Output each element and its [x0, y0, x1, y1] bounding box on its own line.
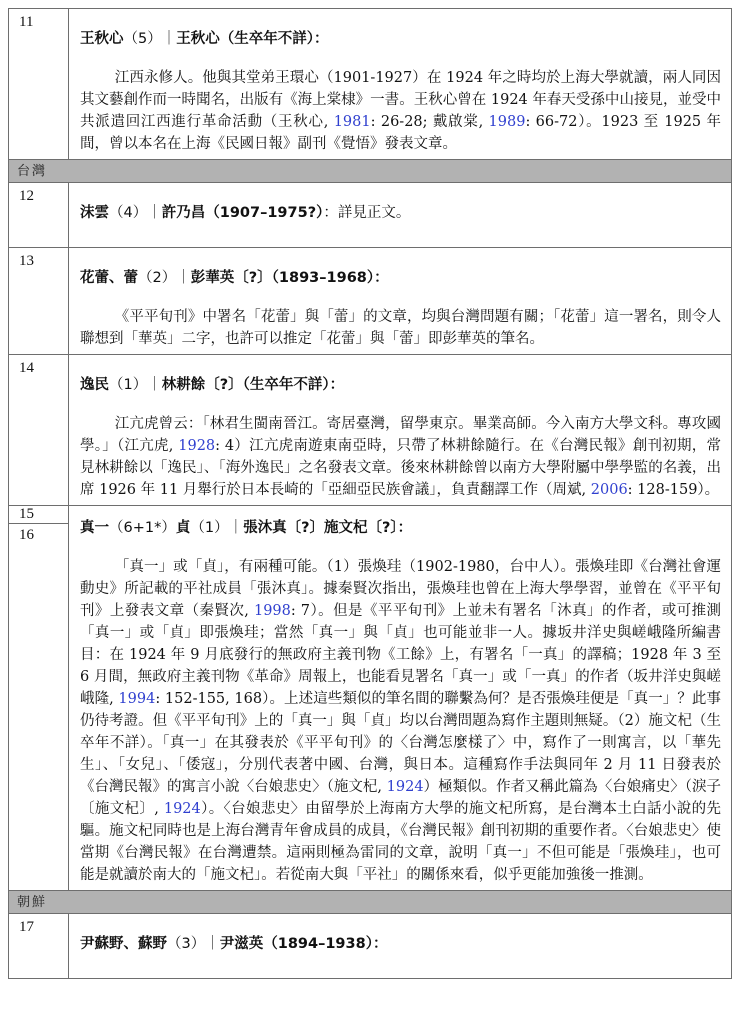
life-dates: ：	[398, 520, 413, 536]
usage-count: （6+1*）	[109, 520, 176, 536]
citation-link[interactable]: 1924	[387, 779, 424, 795]
real-name: 王秋心	[176, 31, 220, 47]
table-row-11: 11 王秋心（5）｜王秋心（生卒年不詳）： 江西永修人。他與其堂弟王環心（190…	[9, 9, 732, 160]
entry-content: 真一（6+1*）貞（1）｜張沐真〔?〕施文杞〔?〕： 「真一」或「貞」，有兩種可…	[69, 506, 732, 891]
usage-count: （4）	[109, 205, 147, 221]
real-name: 許乃昌	[162, 205, 206, 221]
citation-link[interactable]: 2006	[591, 482, 628, 498]
row-number: 13	[9, 248, 69, 355]
row-number: 15	[9, 506, 69, 524]
real-name: 彭華英〔?〕	[191, 270, 272, 286]
entry-heading: 尹蘇野、蘇野（3）｜尹滋英（1894–1938）：	[80, 934, 721, 954]
entry-description: 江亢虎曾云：「林君生閩南晉江。寄居臺灣，留學東京。畢業高師。今入南方大學文科。專…	[80, 413, 721, 501]
entry-detail: ：詳見正文。	[323, 205, 410, 221]
citation-link[interactable]: 1989	[489, 114, 526, 130]
spacer	[80, 223, 721, 243]
citation-link[interactable]: 1998	[254, 603, 291, 619]
entry-content: 尹蘇野、蘇野（3）｜尹滋英（1894–1938）：	[69, 914, 732, 979]
entry-content: 沫雲（4）｜許乃昌（1907–1975?）：詳見正文。	[69, 183, 732, 248]
separator: ｜	[147, 205, 162, 221]
usage-count: （5）	[124, 31, 162, 47]
entry-heading: 王秋心（5）｜王秋心（生卒年不詳）：	[80, 29, 721, 49]
entry-description: 《平平旬刊》中署名「花蕾」與「蕾」的文章，均與台灣問題有關；「花蕾」這一署名，則…	[80, 306, 721, 350]
table-row-17: 17 尹蘇野、蘇野（3）｜尹滋英（1894–1938）：	[9, 914, 732, 979]
entry-heading: 花蕾、蕾（2）｜彭華英〔?〕（1893–1968）：	[80, 268, 721, 288]
text: : 128-159）。	[628, 482, 720, 498]
table-row-15: 15 真一（6+1*）貞（1）｜張沐真〔?〕施文杞〔?〕： 「真一」或「貞」，有…	[9, 506, 732, 524]
citation-link[interactable]: 1981	[334, 114, 371, 130]
entry-content: 逸民（1）｜林耕餘〔?〕（生卒年不詳）： 江亢虎曾云：「林君生閩南晉江。寄居臺灣…	[69, 355, 732, 506]
usage-count: （1）	[109, 377, 147, 393]
pen-name: 沫雲	[80, 205, 109, 221]
row-number: 16	[9, 524, 69, 891]
section-label: 台灣	[9, 160, 732, 183]
real-name: 林耕餘〔?〕	[162, 377, 243, 393]
citation-link[interactable]: 1994	[118, 691, 155, 707]
entry-content: 王秋心（5）｜王秋心（生卒年不詳）： 江西永修人。他與其堂弟王環心（1901-1…	[69, 9, 732, 160]
entry-content: 花蕾、蕾（2）｜彭華英〔?〕（1893–1968）： 《平平旬刊》中署名「花蕾」…	[69, 248, 732, 355]
entry-heading: 真一（6+1*）貞（1）｜張沐真〔?〕施文杞〔?〕：	[80, 518, 721, 538]
table-row-12: 12 沫雲（4）｜許乃昌（1907–1975?）：詳見正文。	[9, 183, 732, 248]
entry-description: 「真一」或「貞」，有兩種可能。（1）張煥珪（1902-1980，台中人）。張煥珪…	[80, 556, 721, 886]
citation-link[interactable]: 1928	[178, 438, 215, 454]
table-row-14: 14 逸民（1）｜林耕餘〔?〕（生卒年不詳）： 江亢虎曾云：「林君生閩南晉江。寄…	[9, 355, 732, 506]
pen-name: 真一	[80, 520, 109, 536]
real-name: 尹滋英	[220, 936, 264, 952]
life-dates: （1907–1975?）	[205, 205, 323, 221]
separator: ｜	[147, 377, 162, 393]
row-number: 17	[9, 914, 69, 979]
usage-count-alt: （1）	[190, 520, 228, 536]
separator: ｜	[162, 31, 177, 47]
entry-description: 江西永修人。他與其堂弟王環心（1901-1927）在 1924 年之時均於上海大…	[80, 67, 721, 155]
separator: ｜	[229, 520, 244, 536]
row-number: 11	[9, 9, 69, 160]
pen-name: 逸民	[80, 377, 109, 393]
row-number: 14	[9, 355, 69, 506]
table-row-13: 13 花蕾、蕾（2）｜彭華英〔?〕（1893–1968）： 《平平旬刊》中署名「…	[9, 248, 732, 355]
pen-name: 花蕾、蕾	[80, 270, 138, 286]
real-name: 張沐真〔?〕施文杞〔?〕	[243, 520, 398, 536]
entry-heading: 沫雲（4）｜許乃昌（1907–1975?）：詳見正文。	[80, 203, 721, 223]
pen-name: 王秋心	[80, 31, 124, 47]
life-dates: （生卒年不詳）：	[243, 377, 345, 393]
pen-name-alt: 貞	[176, 520, 191, 536]
usage-count: （3）	[167, 936, 205, 952]
section-row-korea: 朝鮮	[9, 891, 732, 914]
life-dates: （1894–1938）：	[263, 936, 387, 952]
section-label: 朝鮮	[9, 891, 732, 914]
separator: ｜	[205, 936, 220, 952]
row-number: 12	[9, 183, 69, 248]
text: : 26-28; 戴啟棠,	[371, 114, 489, 130]
citation-link[interactable]: 1924	[164, 801, 201, 817]
usage-count: （2）	[138, 270, 176, 286]
spacer	[80, 954, 721, 974]
separator: ｜	[176, 270, 191, 286]
life-dates: （生卒年不詳）：	[220, 31, 329, 47]
section-row-taiwan: 台灣	[9, 160, 732, 183]
pen-name-table: 11 王秋心（5）｜王秋心（生卒年不詳）： 江西永修人。他與其堂弟王環心（190…	[8, 8, 732, 979]
entry-heading: 逸民（1）｜林耕餘〔?〕（生卒年不詳）：	[80, 375, 721, 395]
pen-name: 尹蘇野、蘇野	[80, 936, 167, 952]
life-dates: （1893–1968）：	[272, 270, 389, 286]
